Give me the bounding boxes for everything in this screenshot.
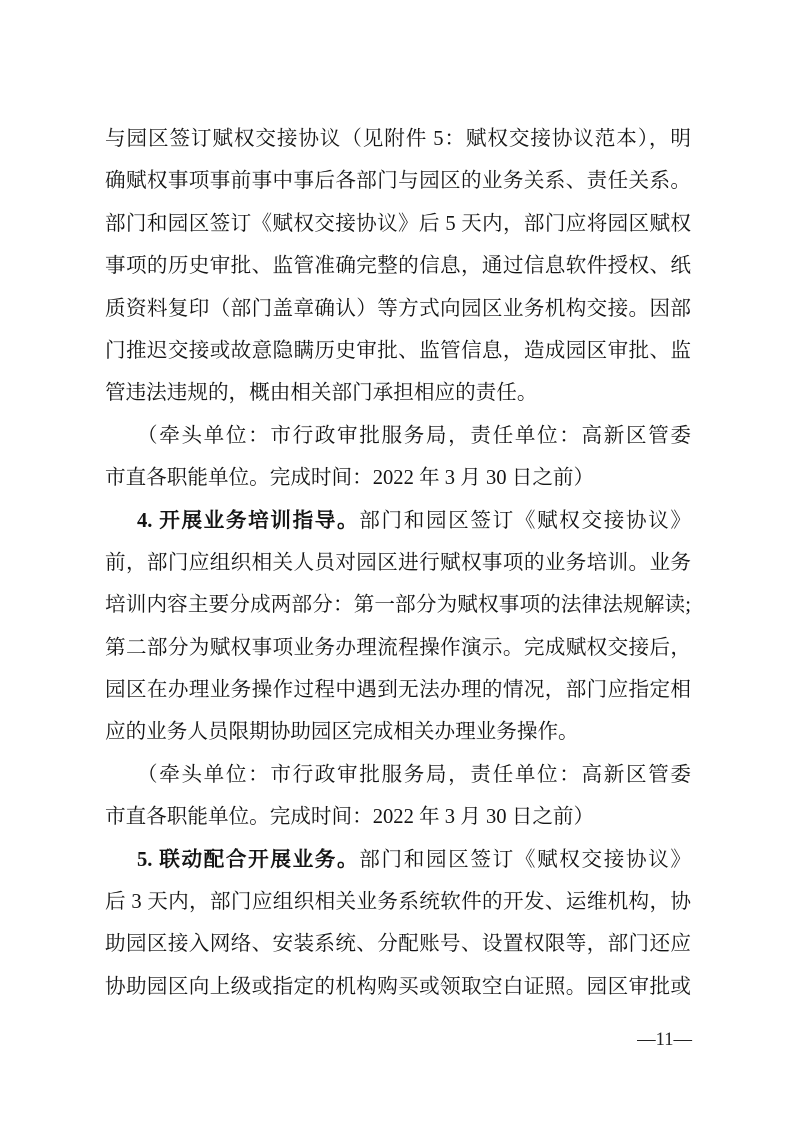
- text-line: 门推迟交接或故意隐瞒历史审批、监管信息，造成园区审批、监: [105, 330, 691, 372]
- text-run: 与园区签订赋权交接协议（见附件 5：赋权交接协议范本），明: [105, 128, 691, 150]
- text-line: 部门和园区签订《赋权交接协议》后 5 天内，部门应将园区赋权: [105, 203, 691, 245]
- text-run: 部门和园区签订《赋权交接协议》: [359, 849, 691, 871]
- text-line: 后 3 天内，部门应组织相关业务系统软件的开发、运维机构，协: [105, 881, 691, 923]
- text-run: 部门和园区签订《赋权交接协议》后 5 天内，部门应将园区赋权: [105, 213, 691, 235]
- text-line: 管违法违规的，概由相关部门承担相应的责任。: [105, 372, 691, 414]
- heading-run: 4. 开展业务培训指导。: [137, 510, 359, 532]
- text-line: 市直各职能单位。完成时间：2022 年 3 月 30 日之前）: [105, 457, 691, 499]
- text-run: （牵头单位：市行政审批服务局，责任单位：高新区管委会、: [105, 425, 691, 457]
- text-line: 第二部分为赋权事项业务办理流程操作演示。完成赋权交接后，: [105, 627, 691, 669]
- text-run: 事项的历史审批、监管准确完整的信息，通过信息软件授权、纸: [105, 255, 691, 277]
- document-page: 与园区签订赋权交接协议（见附件 5：赋权交接协议范本），明确赋权事项事前事中事后…: [0, 0, 793, 1122]
- text-line: 与园区签订赋权交接协议（见附件 5：赋权交接协议范本），明: [105, 118, 691, 160]
- text-line: 前，部门应组织相关人员对园区进行赋权事项的业务培训。业务: [105, 542, 691, 584]
- text-run: 后 3 天内，部门应组织相关业务系统软件的开发、运维机构，协: [105, 891, 691, 913]
- text-run: 管违法违规的，概由相关部门承担相应的责任。: [105, 382, 537, 404]
- text-run: 应的业务人员限期协助园区完成相关办理业务操作。: [105, 721, 579, 743]
- text-run: 市直各职能单位。完成时间：2022 年 3 月 30 日之前）: [105, 806, 594, 828]
- text-run: 确赋权事项事前事中事后各部门与园区的业务关系、责任关系。: [105, 170, 691, 192]
- paragraph-handover-agreement: 与园区签订赋权交接协议（见附件 5：赋权交接协议范本），明确赋权事项事前事中事后…: [105, 118, 691, 415]
- paragraph-item-5-joint-operations: 5. 联动配合开展业务。部门和园区签订《赋权交接协议》后 3 天内，部门应组织相…: [105, 839, 691, 1009]
- text-run: 培训内容主要分成两部分：第一部分为赋权事项的法律法规解读;: [105, 594, 691, 616]
- text-line: 5. 联动配合开展业务。部门和园区签订《赋权交接协议》: [105, 839, 691, 881]
- paragraph-item-4-training-guidance: 4. 开展业务培训指导。部门和园区签订《赋权交接协议》前，部门应组织相关人员对园…: [105, 500, 691, 754]
- text-line: 事项的历史审批、监管准确完整的信息，通过信息软件授权、纸: [105, 245, 691, 287]
- text-run: （牵头单位：市行政审批服务局，责任单位：高新区管委会、: [105, 764, 691, 796]
- paragraph-responsible-units-2: （牵头单位：市行政审批服务局，责任单位：高新区管委会、市直各职能单位。完成时间：…: [105, 754, 691, 839]
- text-line: （牵头单位：市行政审批服务局，责任单位：高新区管委会、: [105, 754, 691, 796]
- text-run: 质资料复印（部门盖章确认）等方式向园区业务机构交接。因部: [105, 298, 691, 320]
- heading-run: 5. 联动配合开展业务。: [137, 849, 359, 871]
- text-line: 协助园区向上级或指定的机构购买或领取空白证照。园区审批或: [105, 966, 691, 1008]
- text-line: 培训内容主要分成两部分：第一部分为赋权事项的法律法规解读;: [105, 584, 691, 626]
- text-run: 市直各职能单位。完成时间：2022 年 3 月 30 日之前）: [105, 467, 594, 489]
- text-run: 门推迟交接或故意隐瞒历史审批、监管信息，造成园区审批、监: [105, 340, 691, 362]
- text-line: 助园区接入网络、安装系统、分配账号、设置权限等，部门还应: [105, 923, 691, 965]
- paragraph-responsible-units-1: （牵头单位：市行政审批服务局，责任单位：高新区管委会、市直各职能单位。完成时间：…: [105, 415, 691, 500]
- text-run: 助园区接入网络、安装系统、分配账号、设置权限等，部门还应: [105, 933, 691, 955]
- text-run: 前，部门应组织相关人员对园区进行赋权事项的业务培训。业务: [105, 552, 691, 574]
- text-line: 应的业务人员限期协助园区完成相关办理业务操作。: [105, 711, 691, 753]
- page-number: —11—: [105, 1027, 692, 1053]
- text-line: 园区在办理业务操作过程中遇到无法办理的情况，部门应指定相: [105, 669, 691, 711]
- text-line: 确赋权事项事前事中事后各部门与园区的业务关系、责任关系。: [105, 160, 691, 202]
- text-run: 部门和园区签订《赋权交接协议》: [359, 510, 691, 532]
- text-run: 协助园区向上级或指定的机构购买或领取空白证照。园区审批或: [105, 976, 691, 998]
- text-line: （牵头单位：市行政审批服务局，责任单位：高新区管委会、: [105, 415, 691, 457]
- text-line: 市直各职能单位。完成时间：2022 年 3 月 30 日之前）: [105, 796, 691, 838]
- text-run: 第二部分为赋权事项业务办理流程操作演示。完成赋权交接后，: [105, 637, 691, 659]
- text-block: 与园区签订赋权交接协议（见附件 5：赋权交接协议范本），明确赋权事项事前事中事后…: [105, 118, 691, 1008]
- text-line: 质资料复印（部门盖章确认）等方式向园区业务机构交接。因部: [105, 288, 691, 330]
- text-run: 园区在办理业务操作过程中遇到无法办理的情况，部门应指定相: [105, 679, 691, 701]
- text-line: 4. 开展业务培训指导。部门和园区签订《赋权交接协议》: [105, 500, 691, 542]
